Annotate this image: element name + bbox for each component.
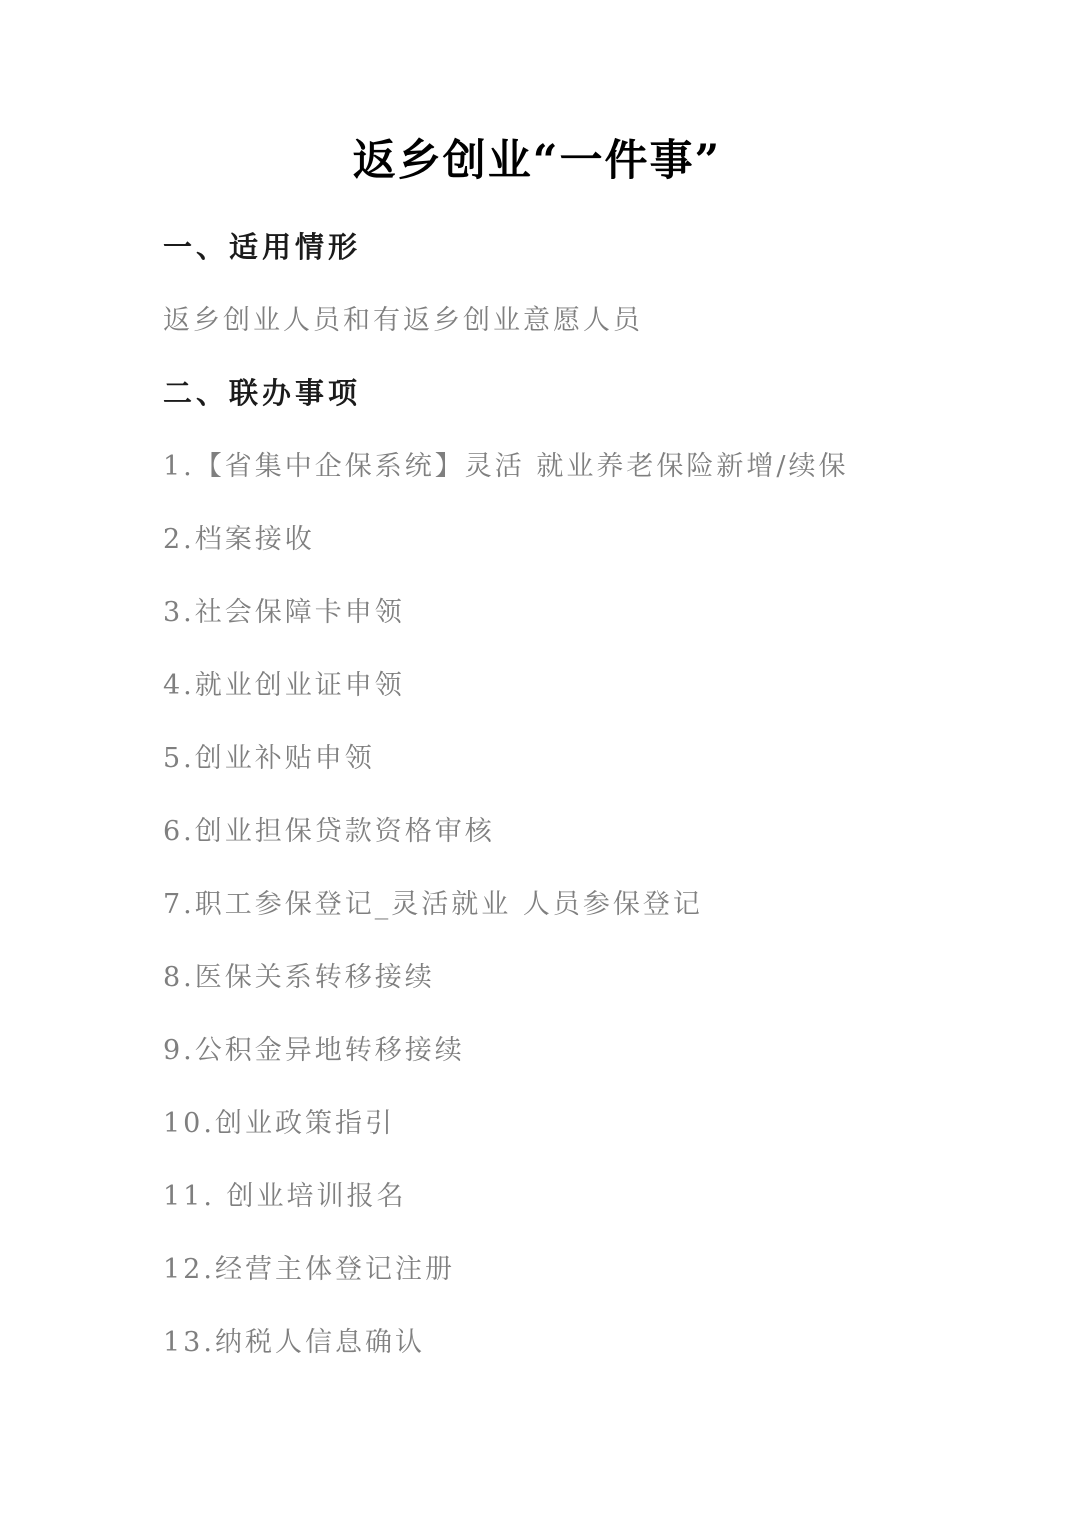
list-item-12: 12.经营主体登记注册 [163, 1252, 954, 1288]
list-item-9: 9.公积金异地转移接续 [163, 1033, 954, 1069]
section-heading-joint-matters: 二、联办事项 [163, 376, 954, 412]
list-item-8: 8.医保关系转移接续 [163, 960, 954, 996]
list-item-6: 6.创业担保贷款资格审核 [163, 814, 954, 850]
list-item-7: 7.职工参保登记_灵活就业 人员参保登记 [163, 887, 954, 923]
list-item-11: 11. 创业培训报名 [163, 1179, 954, 1215]
list-item-13: 13.纳税人信息确认 [163, 1325, 954, 1361]
list-item-4: 4.就业创业证申领 [163, 668, 954, 704]
document-page: 返乡创业“一件事” 一、适用情形 返乡创业人员和有返乡创业意愿人员 二、联办事项… [0, 0, 1074, 1520]
list-item-3: 3.社会保障卡申领 [163, 595, 954, 631]
list-item-10: 10.创业政策指引 [163, 1106, 954, 1142]
list-item-1: 1.【省集中企保系统】灵活 就业养老保险新增/续保 [163, 449, 954, 485]
document-title: 返乡创业“一件事” [163, 136, 911, 186]
applicable-situations-paragraph: 返乡创业人员和有返乡创业意愿人员 [163, 303, 954, 339]
list-item-2: 2.档案接收 [163, 522, 954, 558]
list-item-5: 5.创业补贴申领 [163, 741, 954, 777]
section-heading-applicable-situations: 一、适用情形 [163, 230, 954, 266]
